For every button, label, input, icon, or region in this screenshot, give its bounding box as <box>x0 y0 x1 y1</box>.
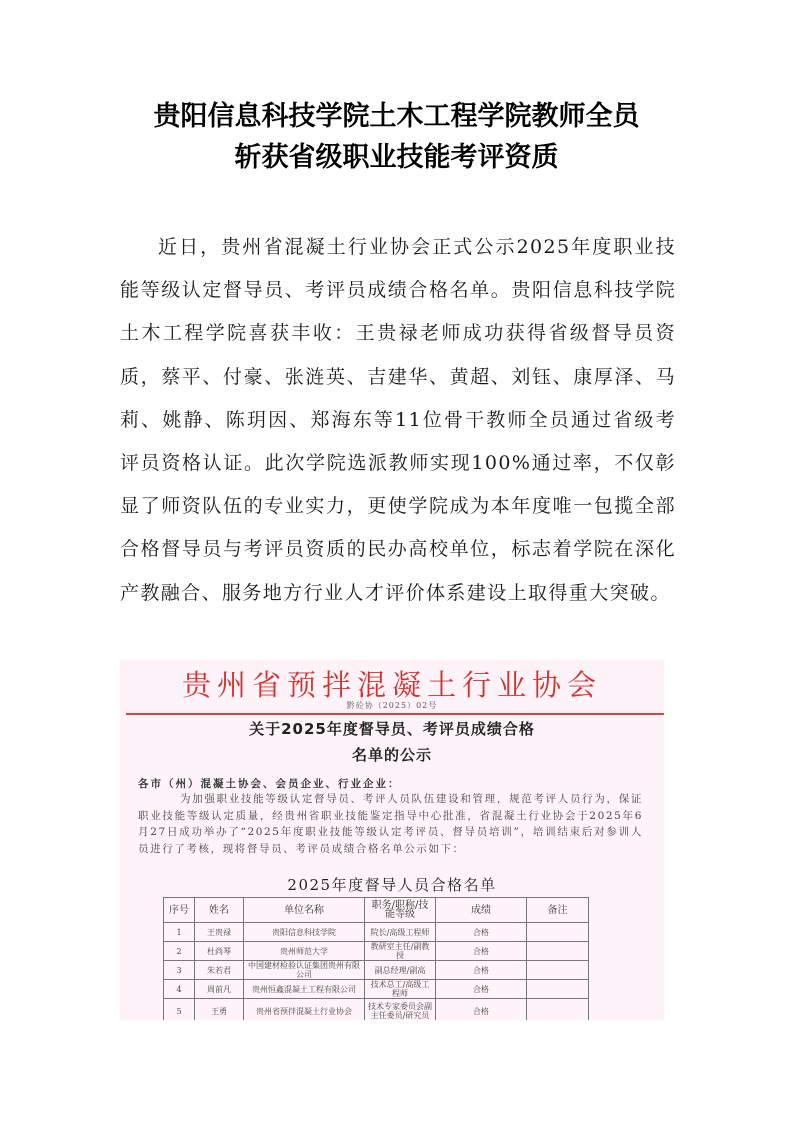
cell-unit: 贵州师范大学 <box>244 942 365 961</box>
header-unit: 单位名称 <box>244 898 365 923</box>
cell-result: 合格 <box>436 999 527 1021</box>
cell-unit: 中国建材检验认证集团贵州有限公司 <box>244 961 365 980</box>
cell-position: 技术总工/高级工程师 <box>365 980 436 999</box>
notice-title-line-1: 关于2025年度督导员、考评员成绩合格 <box>120 718 664 739</box>
cell-name: 杜尚琴 <box>195 942 244 961</box>
notice-body: 为加强职业技能等级认定督导员、考评人员队伍建设和管理，规范考评人员行为，保证职业… <box>138 791 643 857</box>
table-row: 3 朱若君 中国建材检验认证集团贵州有限公司 副总经理/副高 合格 <box>164 961 589 980</box>
cell-number: 3 <box>164 961 195 980</box>
cell-name: 朱若君 <box>195 961 244 980</box>
cell-number: 5 <box>164 999 195 1021</box>
cell-name: 周前凡 <box>195 980 244 999</box>
cell-remarks <box>527 980 589 999</box>
cell-result: 合格 <box>436 942 527 961</box>
letterhead-red-divider <box>126 713 664 715</box>
header-position: 职务/职称/技能等级 <box>365 898 436 923</box>
cell-unit: 贵州恒鑫混凝土工程有限公司 <box>244 980 365 999</box>
cell-position: 副总经理/副高 <box>365 961 436 980</box>
article-title: 贵阳信息科技学院土木工程学院教师全员 斩获省级职业技能考评资质 <box>0 96 793 178</box>
cell-unit: 贵阳信息科技学院 <box>244 923 365 942</box>
cell-number: 4 <box>164 980 195 999</box>
article-body: 近日，贵州省混凝土行业协会正式公示2025年度职业技能等级认定督导员、考评员成绩… <box>120 226 676 615</box>
scanned-notice-image: 贵州省预拌混凝土行业协会 黔砼协（2025）02号 关于2025年度督导员、考评… <box>120 660 664 1020</box>
notice-title-line-2: 名单的公示 <box>120 744 664 765</box>
cell-remarks <box>527 999 589 1021</box>
cell-number: 1 <box>164 923 195 942</box>
cell-position: 院长/高级工程师 <box>365 923 436 942</box>
notice-body-text: 为加强职业技能等级认定督导员、考评人员队伍建设和管理，规范考评人员行为，保证职业… <box>138 791 643 857</box>
letterhead-association-name: 贵州省预拌混凝土行业协会 <box>120 663 664 704</box>
cell-remarks <box>527 923 589 942</box>
table-header-row: 序号 姓名 单位名称 职务/职称/技能等级 成绩 备注 <box>164 898 589 923</box>
article-title-line-2: 斩获省级职业技能考评资质 <box>0 137 793 178</box>
cell-result: 合格 <box>436 980 527 999</box>
table-row: 2 杜尚琴 贵州师范大学 教研室主任/副教授 合格 <box>164 942 589 961</box>
cell-position: 技术专家委员会副主任委员/研究员 <box>365 999 436 1021</box>
cell-unit: 贵州省预拌混凝土行业协会 <box>244 999 365 1021</box>
cell-result: 合格 <box>436 961 527 980</box>
table-row: 4 周前凡 贵州恒鑫混凝土工程有限公司 技术总工/高级工程师 合格 <box>164 980 589 999</box>
notice-salutation: 各市（州）混凝土协会、会员企业、行业企业： <box>138 776 401 791</box>
article-title-line-1: 贵阳信息科技学院土木工程学院教师全员 <box>0 96 793 137</box>
table-row: 5 王勇 贵州省预拌混凝土行业协会 技术专家委员会副主任委员/研究员 合格 <box>164 999 589 1021</box>
cell-name: 王贵禄 <box>195 923 244 942</box>
qualified-supervisors-table: 序号 姓名 单位名称 职务/职称/技能等级 成绩 备注 1 王贵禄 贵阳信息科技… <box>163 897 589 1020</box>
cell-position: 教研室主任/副教授 <box>365 942 436 961</box>
header-number: 序号 <box>164 898 195 923</box>
document-number: 黔砼协（2025）02号 <box>120 700 664 711</box>
header-remarks: 备注 <box>527 898 589 923</box>
cell-number: 2 <box>164 942 195 961</box>
cell-name: 王勇 <box>195 999 244 1021</box>
cell-remarks <box>527 942 589 961</box>
header-result: 成绩 <box>436 898 527 923</box>
cell-remarks <box>527 961 589 980</box>
cell-result: 合格 <box>436 923 527 942</box>
article-paragraph: 近日，贵州省混凝土行业协会正式公示2025年度职业技能等级认定督导员、考评员成绩… <box>120 226 676 615</box>
table-row: 1 王贵禄 贵阳信息科技学院 院长/高级工程师 合格 <box>164 923 589 942</box>
header-name: 姓名 <box>195 898 244 923</box>
roster-table-title: 2025年度督导人员合格名单 <box>120 874 664 895</box>
